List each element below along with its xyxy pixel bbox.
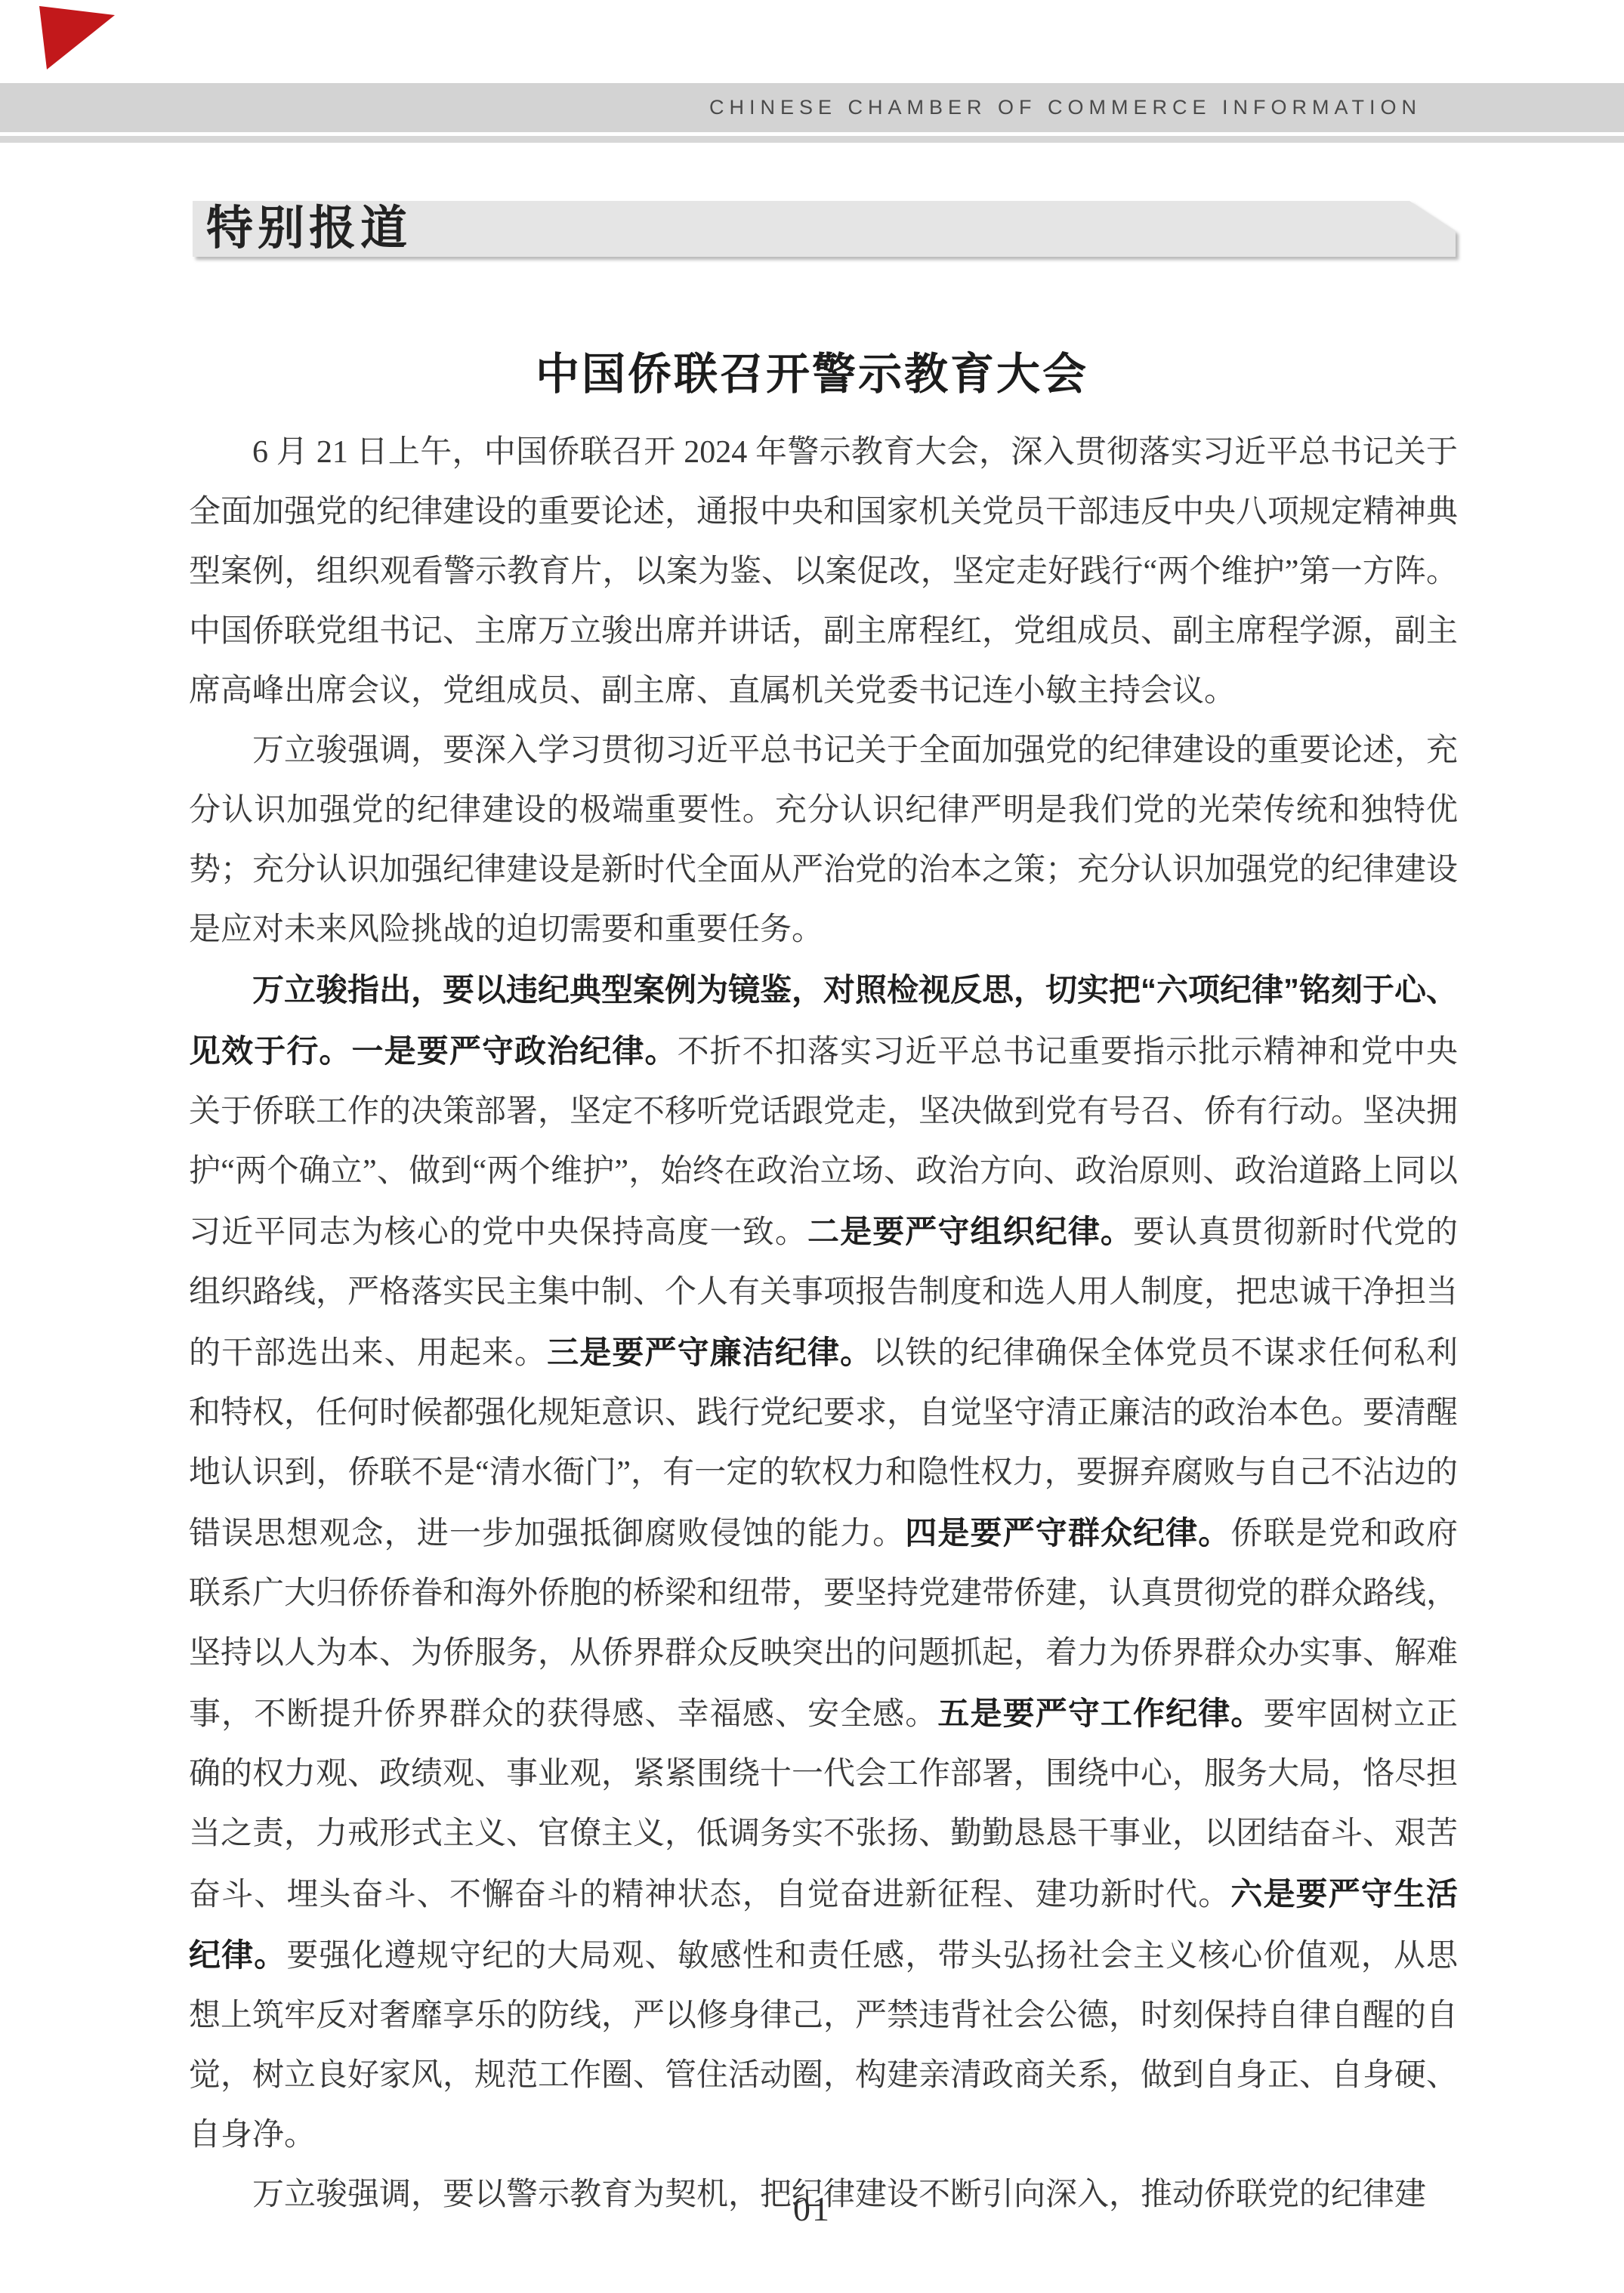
page-number: 01 — [0, 2189, 1624, 2229]
text-run: 6 月 21 日上午，中国侨联召开 2024 年警示教育大会，深入贯彻落实习近平… — [189, 435, 1458, 708]
bold-run: 四是要严守群众纪律。 — [905, 1515, 1230, 1551]
header-bar: CHINESE CHAMBER OF COMMERCE INFORMATION — [0, 83, 1624, 132]
corner-ribbon-icon — [39, 5, 118, 71]
corner-ribbon-shape — [39, 5, 118, 71]
paragraph: 万立骏强调，要深入学习贯彻习近平总书记关于全面加强党的纪律建设的重要论述，充分认… — [189, 721, 1458, 960]
bold-run: 三是要严守廉洁纪律。 — [547, 1335, 872, 1370]
paragraph: 万立骏指出，要以违纪典型案例为镜鉴，对照检视反思，切实把“六项纪律”铭刻于心、见… — [189, 960, 1458, 2165]
journal-name: CHINESE CHAMBER OF COMMERCE INFORMATION — [709, 96, 1624, 119]
paragraph: 6 月 21 日上午，中国侨联召开 2024 年警示教育大会，深入贯彻落实习近平… — [189, 423, 1458, 721]
text-run: 要强化遵规守纪的大局观、敏感性和责任感，带头弘扬社会主义核心价值观，从思想上筑牢… — [189, 1939, 1458, 2153]
text-run: 万立骏强调，要深入学习贯彻习近平总书记关于全面加强党的纪律建设的重要论述，充分认… — [189, 733, 1458, 947]
section-header-label: 特别报道 — [193, 205, 412, 252]
article-title: 中国侨联召开警示教育大会 — [0, 338, 1624, 402]
bold-run: 二是要严守组织纪律。 — [807, 1214, 1133, 1249]
article-body: 6 月 21 日上午，中国侨联召开 2024 年警示教育大会，深入贯彻落实习近平… — [189, 423, 1458, 2225]
header-rule — [0, 136, 1624, 143]
section-header-shape: 特别报道 — [193, 201, 1456, 257]
document-page: { "page": { "colors": { "accent_red": "#… — [0, 0, 1624, 2293]
section-header: 特别报道 — [193, 201, 1456, 257]
bold-run: 五是要严守工作纪律。 — [937, 1696, 1263, 1731]
